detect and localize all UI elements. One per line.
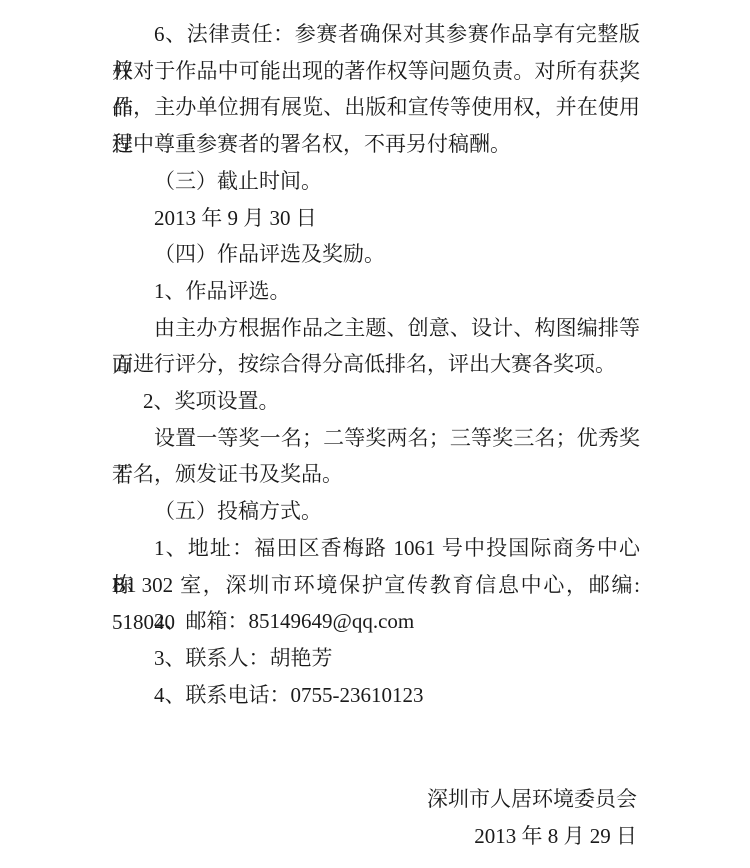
doc-line: 设置一等奖一名；二等奖两名；三等奖三名；优秀奖若 (112, 420, 640, 457)
doc-line: 6、法律责任：参赛者确保对其参赛作品享有完整版权， (112, 16, 640, 53)
doc-line: 品，主办单位拥有展览、出版和宣传等使用权，并在使用过 (112, 89, 640, 126)
doc-phone-line: 4、联系电话：0755-23610123 (112, 677, 640, 714)
doc-section-heading: （四）作品评选及奖励。 (112, 236, 640, 273)
doc-line: 并对于作品中可能出现的著作权等问题负责。对所有获奖作 (112, 53, 640, 90)
doc-email-line: 2、邮箱：85149649@qq.com (112, 603, 640, 640)
doc-section-heading: （五）投稿方式。 (112, 493, 640, 530)
doc-line: 干名，颁发证书及奖品。 (112, 456, 640, 493)
signature-date: 2013 年 8 月 29 日 (237, 818, 637, 855)
doc-line: 程中尊重参赛者的署名权，不再另付稿酬。 (112, 126, 640, 163)
doc-address-line: 1、地址：福田区香梅路 1061 号中投国际商务中心 B1 (112, 530, 640, 567)
signature-org: 深圳市人居环境委员会 (237, 781, 637, 818)
doc-line: 由主办方根据作品之主题、创意、设计、构图编排等方 (112, 310, 640, 347)
doc-section-heading: （三）截止时间。 (112, 163, 640, 200)
doc-line: 面进行评分，按综合得分高低排名，评出大赛各奖项。 (112, 346, 640, 383)
document-page: 6、法律责任：参赛者确保对其参赛作品享有完整版权， 并对于作品中可能出现的著作权… (0, 0, 750, 868)
doc-subheading: 1、作品评选。 (112, 273, 640, 310)
doc-deadline-date: 2013 年 9 月 30 日 (112, 200, 640, 237)
doc-subheading: 2、奖项设置。 (112, 383, 640, 420)
doc-contact-line: 3、联系人：胡艳芳 (112, 640, 640, 677)
doc-address-line: 栋 302 室，深圳市环境保护宣传教育信息中心，邮编: 518040 (112, 567, 640, 604)
